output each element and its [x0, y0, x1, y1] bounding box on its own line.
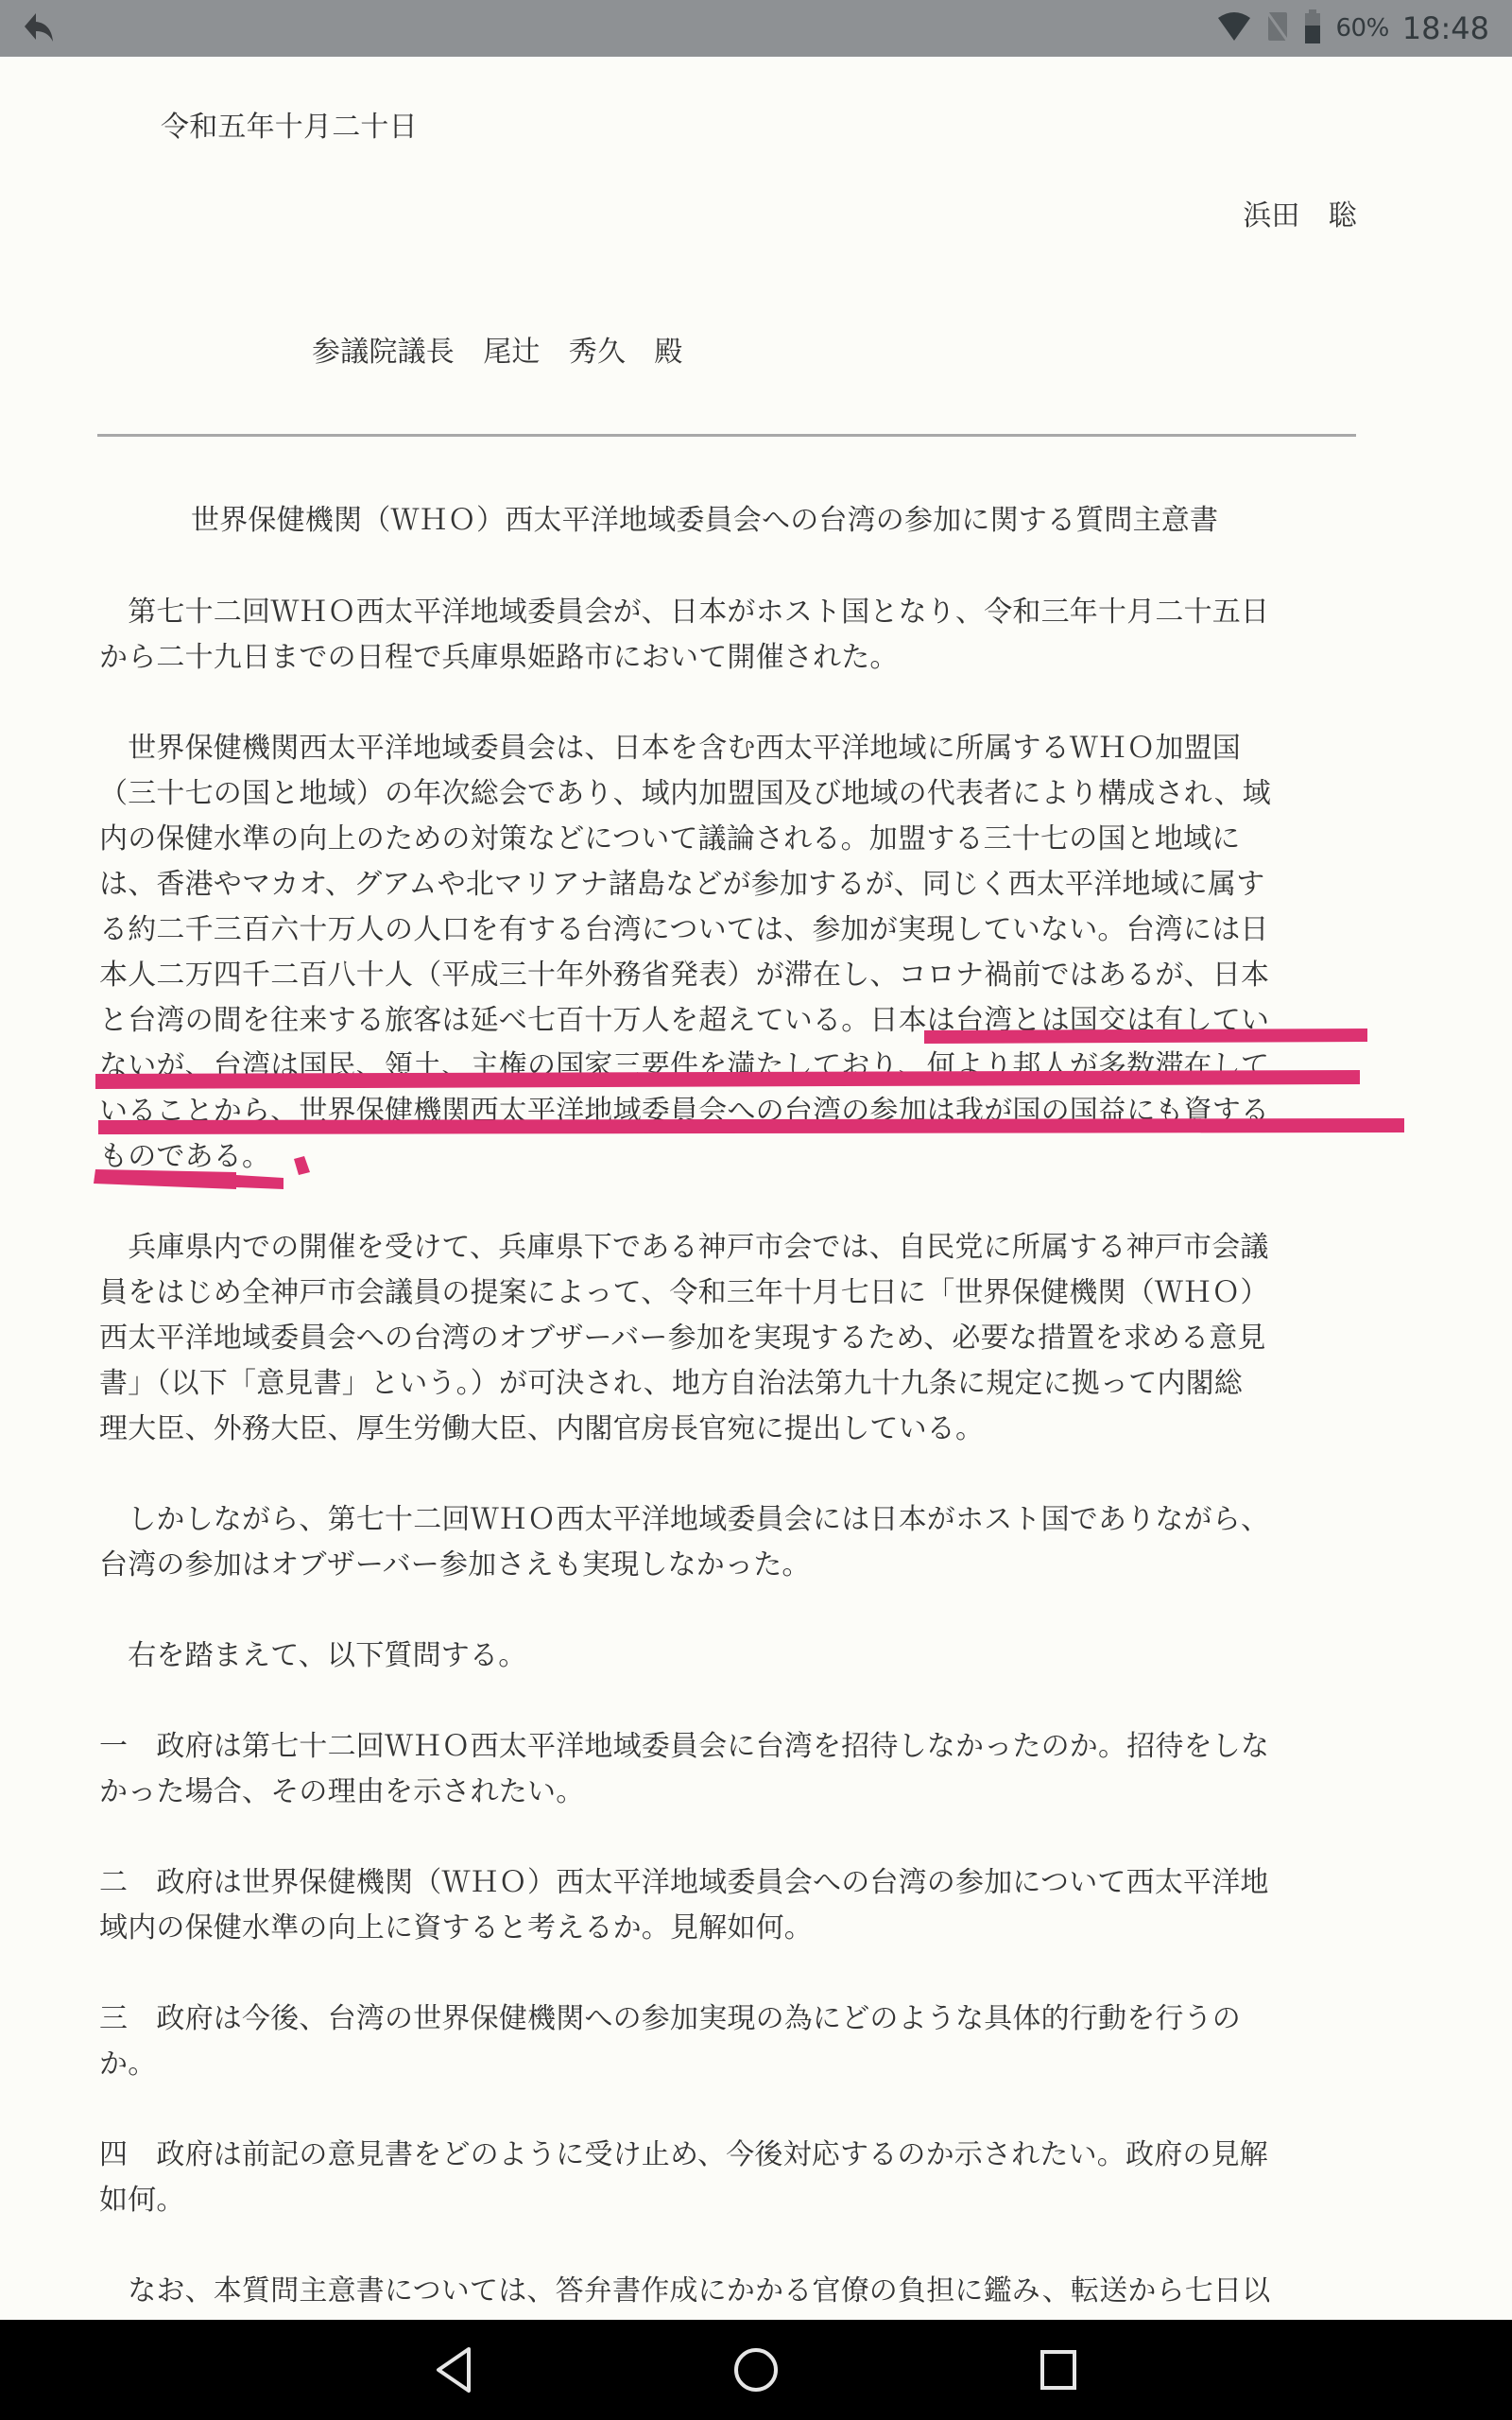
question-2: 域内の保健水準の向上に資すると考えるか。見解如何。 [99, 1906, 813, 1951]
question-2: 二 政府は世界保健機関（ＷＨＯ）西太平洋地域委員会への台湾の参加について西太平洋… [99, 1860, 1269, 1906]
paragraph-line: ないが、台湾は国民、領土、主権の国家三要件を満たしており、何より邦人が多数滞在し… [99, 1044, 1269, 1089]
recents-square-icon[interactable] [1025, 2339, 1091, 2401]
question-3: か。 [99, 2042, 156, 2087]
question-3: 三 政府は今後、台湾の世界保健機関への参加実現の為にどのような具体的行動を行うの [99, 1996, 1241, 2042]
paragraph-line: は、香港やマカオ、グアムや北マリアナ諸島などが参加するが、同じく西太平洋地域に属… [99, 862, 1264, 907]
question-4: 四 政府は前記の意見書をどのように受け止め、今後対応するのか示されたい。政府の見… [99, 2133, 1268, 2178]
document-title: 世界保健機関（ＷＨＯ）西太平洋地域委員会への台湾の参加に関する質問主意書 [191, 498, 1218, 544]
paragraph-line: いることから、世界保健機関西太平洋地域委員会への台湾の参加は我が国の国益にも資す… [99, 1089, 1269, 1134]
question-1: 一 政府は第七十二回ＷＨＯ西太平洋地域委員会に台湾を招待しなかったのか。招待をし… [99, 1724, 1269, 1770]
paragraph-line: 理大臣、外務大臣、厚生労働大臣、内閣官房長官宛に提出している。 [99, 1407, 984, 1452]
home-circle-icon[interactable] [723, 2339, 789, 2401]
question-1: かった場合、その理由を示されたい。 [99, 1770, 584, 1815]
clock: 18:48 [1402, 10, 1489, 46]
paragraph-line: 員をはじめ全神戸市会議員の提案によって、令和三年十月七日に「世界保健機関（ＷＨＯ… [99, 1270, 1269, 1316]
reply-arrow-icon[interactable] [23, 11, 60, 45]
paragraph-line: しかしながら、第七十二回ＷＨＯ西太平洋地域委員会には日本がホスト国でありながら、 [99, 1497, 1269, 1543]
question-4: 如何。 [99, 2178, 185, 2223]
document-addressee: 参議院議長 尾辻 秀久 殿 [312, 330, 683, 375]
wifi-icon [1216, 10, 1252, 46]
back-triangle-icon[interactable] [421, 2339, 487, 2401]
battery-percent: 60% [1335, 14, 1388, 43]
status-bar: 60% 18:48 [0, 0, 1512, 57]
no-sim-icon [1265, 9, 1290, 47]
paragraph-line: 右を踏まえて、以下質問する。 [99, 1633, 526, 1679]
navigation-bar [0, 2320, 1512, 2420]
highlight-marker-strokes [0, 57, 1512, 2320]
paragraph-line: 台湾の参加はオブザーバー参加さえも実現しなかった。 [99, 1543, 811, 1588]
battery-icon [1303, 9, 1322, 47]
paragraph-line: 書」（以下「意見書」という。）が可決され、地方自治法第九十九条に規定に拠って内閣… [99, 1361, 1243, 1407]
paragraph-line: ものである。 [99, 1134, 270, 1180]
paragraph-line: 西太平洋地域委員会への台湾のオブザーバー参加を実現するため、必要な措置を求める意… [99, 1316, 1266, 1361]
paragraph-line: 本人二万四千二百八十人（平成三十年外務省発表）が滞在し、コロナ禍前ではあるが、日… [99, 953, 1269, 998]
paragraph-line: から二十九日までの日程で兵庫県姫路市において開催された。 [99, 635, 899, 681]
divider [97, 434, 1356, 437]
document-date: 令和五年十月二十日 [161, 105, 418, 150]
paragraph-line: 内の保健水準の向上のための対策などについて議論される。加盟する三十七の国と地域に [99, 817, 1240, 862]
closing-note: なお、本質問主意書については、答弁書作成にかかる官僚の負担に鑑み、転送から七日以 [99, 2269, 1270, 2314]
document-author: 浜田 聡 [1243, 194, 1357, 239]
paragraph-line: 世界保健機関西太平洋地域委員会は、日本を含む西太平洋地域に所属するＷＨＯ加盟国 [99, 726, 1241, 771]
document-viewer[interactable]: 令和五年十月二十日 浜田 聡 参議院議長 尾辻 秀久 殿 世界保健機関（ＷＨＯ）… [0, 57, 1512, 2320]
paragraph-line: る約二千三百六十万人の人口を有する台湾については、参加が実現していない。台湾には… [99, 907, 1269, 953]
paragraph-line: （三十七の国と地域）の年次総会であり、域内加盟国及び地域の代表者により構成され、… [99, 771, 1271, 817]
paragraph-line: 第七十二回ＷＨＯ西太平洋地域委員会が、日本がホスト国となり、令和三年十月二十五日 [99, 590, 1269, 635]
paragraph-line: 兵庫県内での開催を受けて、兵庫県下である神戸市会では、自民党に所属する神戸市会議 [99, 1225, 1269, 1270]
paragraph-line: と台湾の間を往来する旅客は延べ七百十万人を超えている。日本は台湾とは国交は有して… [99, 998, 1269, 1044]
